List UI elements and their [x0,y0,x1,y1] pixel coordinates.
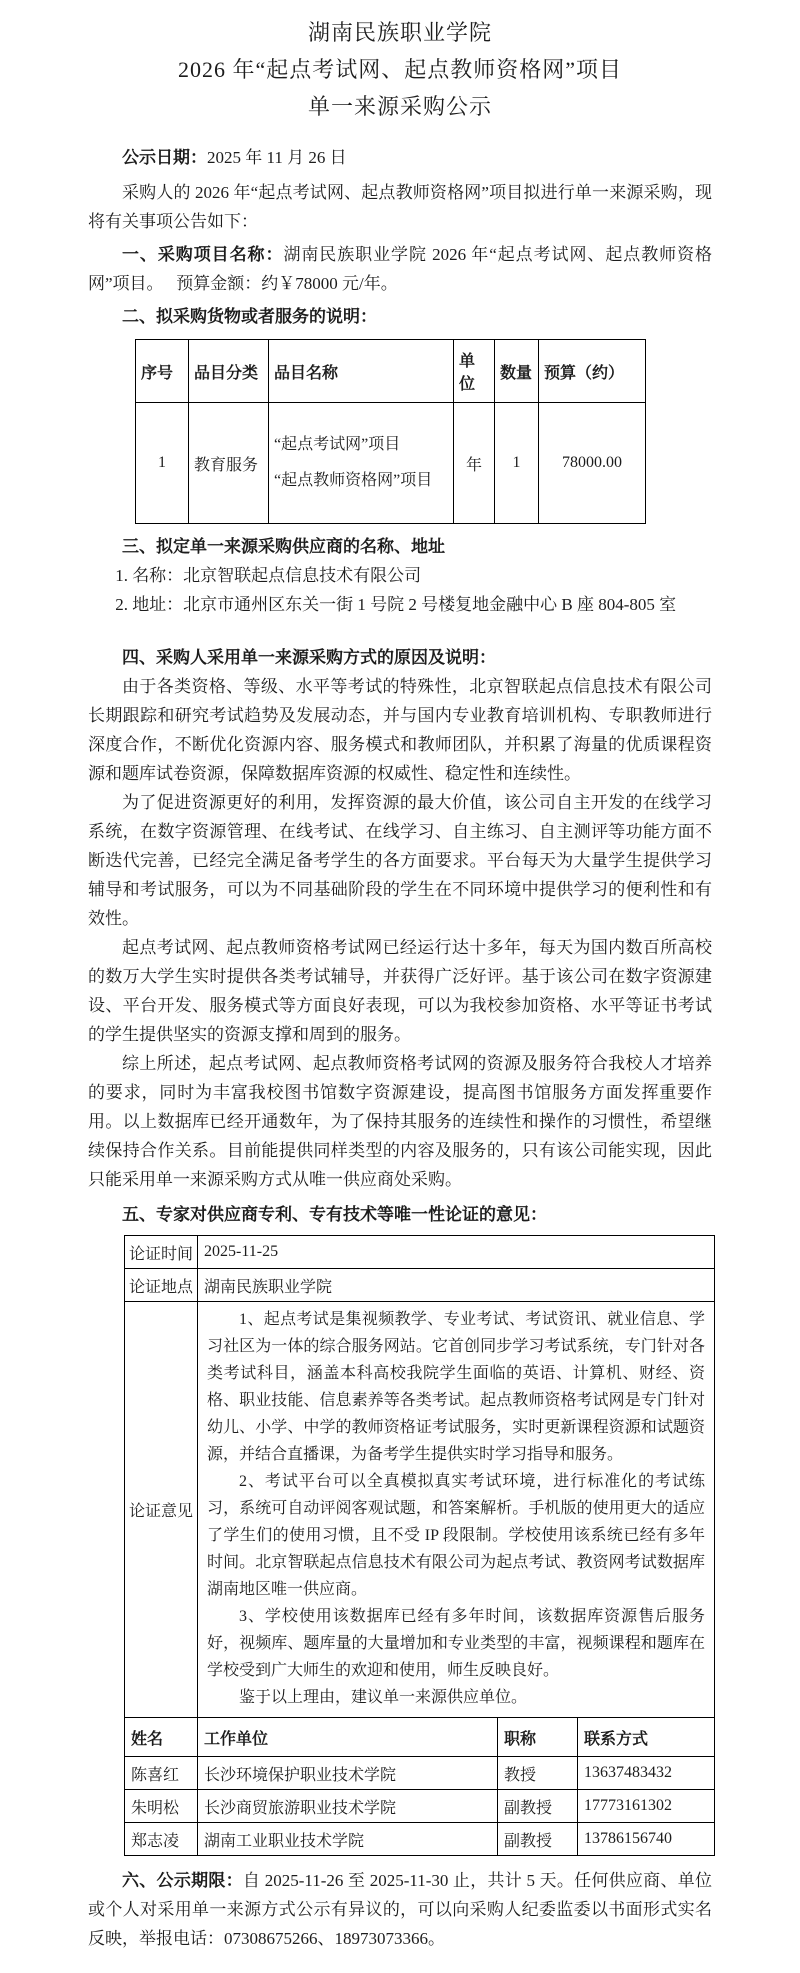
publish-date-line: 公示日期：2025 年 11 月 26 日 [88,143,712,172]
expert-2-title: 副教授 [498,1790,578,1823]
reason-paragraph-1: 由于各类资格、等级、水平等考试的特殊性，北京智联起点信息技术有限公司长期跟踪和研… [88,672,712,788]
publish-date-label: 公示日期： [122,148,207,167]
section4-heading-line: 四、采购人采用单一来源采购方式的原因及说明： [88,643,712,672]
section3-heading-line: 三、拟定单一来源采购供应商的名称、地址 [88,532,712,561]
section4-heading: 四、采购人采用单一来源采购方式的原因及说明： [122,648,496,667]
expert-row-2: 朱明松 长沙商贸旅游职业技术学院 副教授 17773161302 [125,1790,715,1823]
section1-heading: 一、采购项目名称： [122,245,283,264]
reason-paragraph-4: 综上所述，起点考试网、起点教师资格考试网的资源及服务符合我校人才培养的要求，同时… [88,1049,712,1194]
review-place-row: 论证地点 湖南民族职业学院 [125,1269,715,1302]
publish-date-value: 2025 年 11 月 26 日 [207,148,347,167]
blank-spacer [88,619,712,643]
expert-2-name: 朱明松 [125,1790,198,1823]
experts-table: 姓名 工作单位 职称 联系方式 陈喜红 长沙环境保护职业技术学院 教授 1363… [124,1717,715,1856]
review-place-value: 湖南民族职业学院 [198,1269,715,1302]
supplier-name-line: 1. 名称：北京智联起点信息技术有限公司 [88,561,712,590]
expert-1-org: 长沙环境保护职业技术学院 [198,1757,498,1790]
expert-3-contact: 13786156740 [578,1823,715,1856]
supplier-address-line: 2. 地址：北京市通州区东关一街 1 号院 2 号楼复地金融中心 B 座 804… [88,590,712,619]
reason-paragraph-3: 起点考试网、起点教师资格考试网已经运行达十多年，每天为国内数百所高校的数万大学生… [88,933,712,1049]
review-opinion-row: 论证意见 1、起点考试是集视频教学、专业考试、考试资讯、就业信息、学习社区为一体… [125,1302,715,1718]
col-header-name: 品目名称 [269,340,454,403]
expert-1-contact: 13637483432 [578,1757,715,1790]
opinion-paragraph-2: 2、考试平台可以全真模拟真实考试环境，进行标准化的考试练习，系统可自动评阅客观试… [207,1468,705,1603]
expert-col-title: 职称 [498,1718,578,1757]
expert-col-org: 工作单位 [198,1718,498,1757]
section5-heading: 五、专家对供应商专利、专有技术等唯一性论证的意见： [122,1205,547,1224]
section2-heading-line: 二、拟采购货物或者服务的说明： [88,302,712,331]
expert-col-name: 姓名 [125,1718,198,1757]
expert-1-title: 教授 [498,1757,578,1790]
expert-3-title: 副教授 [498,1823,578,1856]
section5-heading-line: 五、专家对供应商专利、专有技术等唯一性论证的意见： [88,1200,712,1229]
cell-unit: 年 [454,403,495,524]
expert-row-3: 郑志凌 湖南工业职业技术学院 副教授 13786156740 [125,1823,715,1856]
opinion-paragraph-4: 鉴于以上理由，建议单一来源供应单位。 [207,1684,705,1711]
section3-heading: 三、拟定单一来源采购供应商的名称、地址 [122,537,445,556]
section6-line: 六、公示期限：自 2025-11-26 至 2025-11-30 止，共计 5 … [88,1866,712,1953]
cell-name: “起点考试网”项目 “起点教师资格网”项目 [269,403,454,524]
items-table-header-row: 序号 品目分类 品目名称 单位 数量 预算（约） [136,340,646,403]
section1-line: 一、采购项目名称：湖南民族职业学院 2026 年“起点考试网、起点教师资格网”项… [88,240,712,298]
expert-3-name: 郑志凌 [125,1823,198,1856]
col-header-qty: 数量 [495,340,539,403]
section2-heading: 二、拟采购货物或者服务的说明： [122,307,377,326]
intro-paragraph: 采购人的 2026 年“起点考试网、起点教师资格网”项目拟进行单一来源采购，现将… [88,178,712,236]
expert-col-contact: 联系方式 [578,1718,715,1757]
review-place-label: 论证地点 [125,1269,198,1302]
section6-heading: 六、公示期限： [122,1871,243,1890]
doc-title-line-2: 2026 年“起点考试网、起点教师资格网”项目 [88,51,712,88]
expert-2-contact: 17773161302 [578,1790,715,1823]
col-header-seq: 序号 [136,340,189,403]
review-time-label: 论证时间 [125,1236,198,1269]
opinion-paragraph-1: 1、起点考试是集视频教学、专业考试、考试资讯、就业信息、学习社区为一体的综合服务… [207,1306,705,1468]
doc-title-line-3: 单一来源采购公示 [88,88,712,125]
doc-title-line-1: 湖南民族职业学院 [88,14,712,51]
cell-category: 教育服务 [189,403,269,524]
col-header-unit: 单位 [454,340,495,403]
review-time-value: 2025-11-25 [198,1236,715,1269]
document-page: 湖南民族职业学院 2026 年“起点考试网、起点教师资格网”项目 单一来源采购公… [0,0,800,1973]
col-header-category: 品目分类 [189,340,269,403]
opinion-paragraph-3: 3、学校使用该数据库已经有多年时间，该数据库资源售后服务好，视频库、题库量的大量… [207,1603,705,1684]
review-opinion-cell: 1、起点考试是集视频教学、专业考试、考试资讯、就业信息、学习社区为一体的综合服务… [198,1302,715,1718]
review-time-row: 论证时间 2025-11-25 [125,1236,715,1269]
expert-2-org: 长沙商贸旅游职业技术学院 [198,1790,498,1823]
expert-row-1: 陈喜红 长沙环境保护职业技术学院 教授 13637483432 [125,1757,715,1790]
items-table-row: 1 教育服务 “起点考试网”项目 “起点教师资格网”项目 年 1 78000.0… [136,403,646,524]
expert-1-name: 陈喜红 [125,1757,198,1790]
review-table: 论证时间 2025-11-25 论证地点 湖南民族职业学院 论证意见 1、起点考… [124,1235,715,1718]
col-header-budget: 预算（约） [539,340,646,403]
items-table: 序号 品目分类 品目名称 单位 数量 预算（约） 1 教育服务 “起点考试网”项… [135,339,646,524]
cell-qty: 1 [495,403,539,524]
cell-budget: 78000.00 [539,403,646,524]
review-opinion-label: 论证意见 [125,1302,198,1718]
reason-paragraph-2: 为了促进资源更好的利用，发挥资源的最大价值，该公司自主开发的在线学习系统，在数字… [88,788,712,933]
expert-3-org: 湖南工业职业技术学院 [198,1823,498,1856]
cell-seq: 1 [136,403,189,524]
experts-header-row: 姓名 工作单位 职称 联系方式 [125,1718,715,1757]
